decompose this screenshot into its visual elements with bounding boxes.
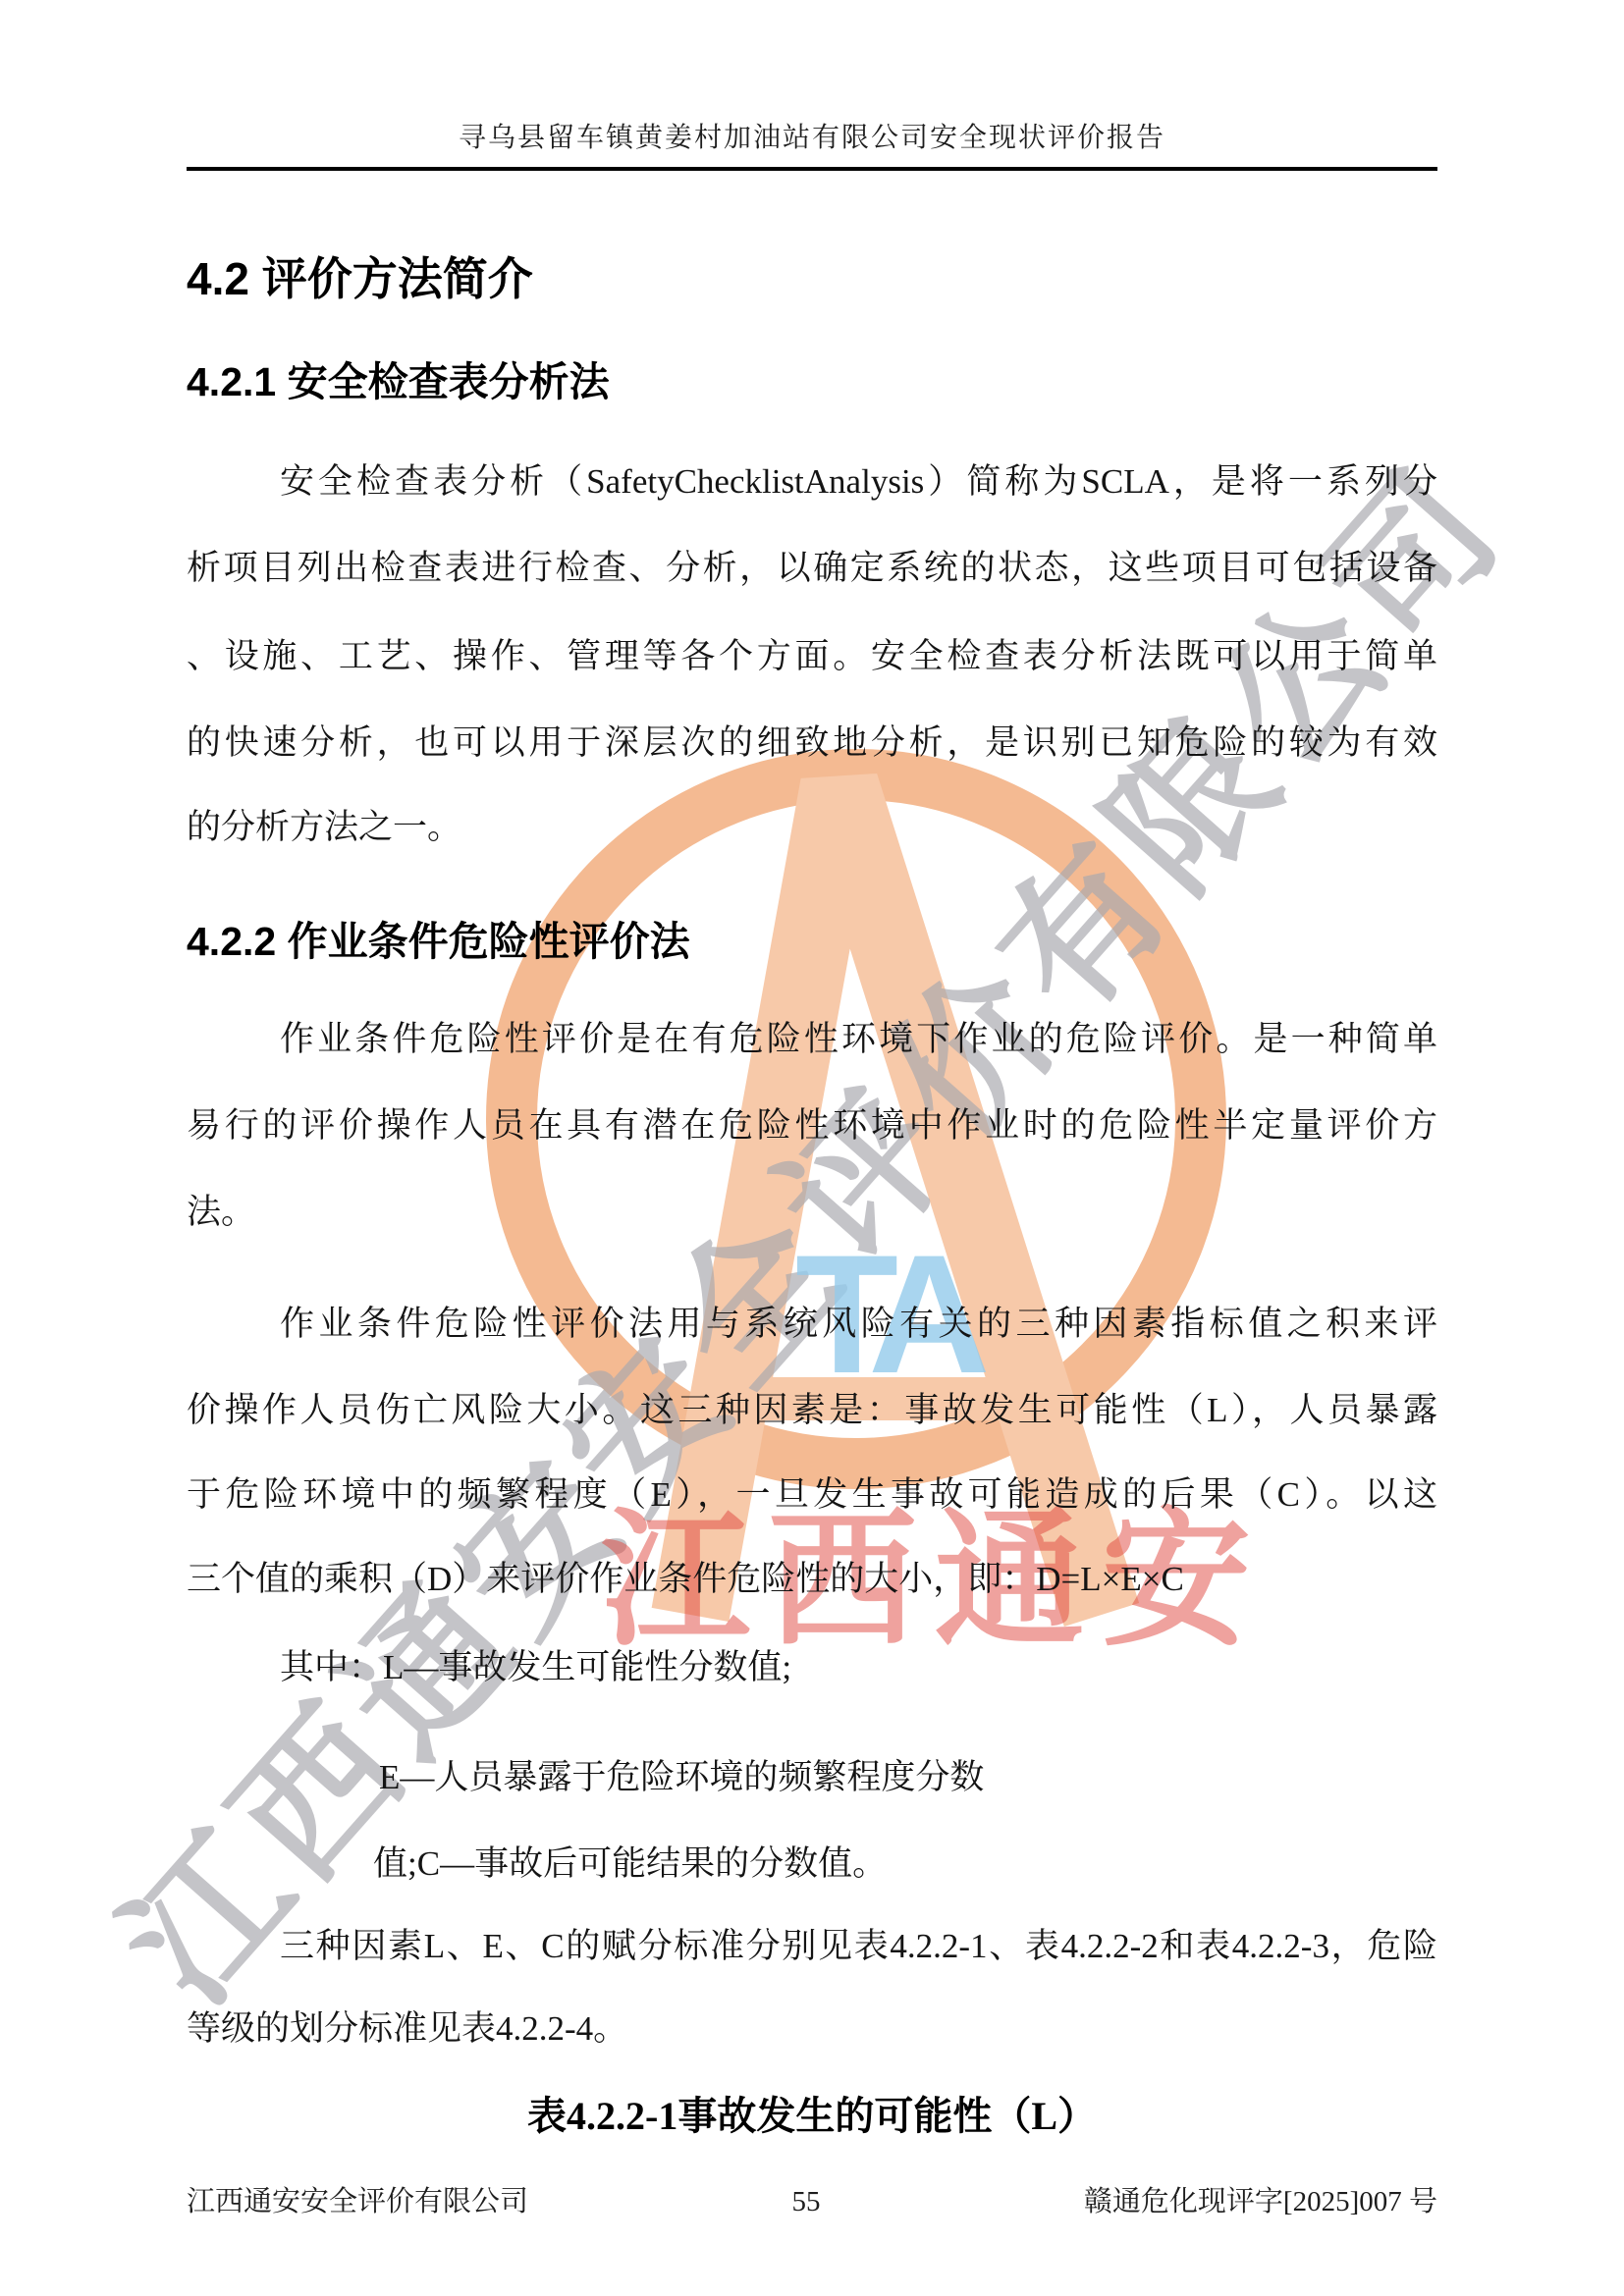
paragraph-lec-factors-line: 价操作人员伤亡风险大小。这三种因素是：事故发生可能性（L），人员暴露 bbox=[187, 1388, 1437, 1433]
definition-line-c: 值;C—事故后可能结果的分数值。 bbox=[373, 1842, 1437, 1887]
paragraph-lec-intro-line: 易行的评价操作人员在具有潜在危险性环境中作业时的危险性半定量评价方 bbox=[187, 1103, 1437, 1148]
header-divider bbox=[187, 167, 1437, 171]
paragraph-scla-line: 的快速分析，也可以用于深层次的细致地分析，是识别已知危险的较为有效 bbox=[187, 721, 1437, 766]
paragraph-tables-ref-line: 等级的划分标准见表4.2.2-4。 bbox=[187, 2006, 1437, 2052]
footer-company-name: 江西通安安全评价有限公司 bbox=[187, 2179, 528, 2219]
definition-line-e: E—人员暴露于危险环境的频繁程度分数 bbox=[379, 1755, 1437, 1800]
paragraph-scla-line: 的分析方法之一。 bbox=[187, 805, 1437, 850]
section-heading-4-2-1: 4.2.1 安全检查表分析法 bbox=[187, 349, 610, 407]
paragraph-tables-ref-line: 三种因素L、E、C的赋分标准分别见表4.2.2-1、表4.2.2-2和表4.2.… bbox=[187, 1924, 1437, 1969]
paragraph-scla-line: 安全检查表分析（SafetyChecklistAnalysis）简称为SCLA，… bbox=[187, 459, 1437, 505]
footer-page-number: 55 bbox=[791, 2186, 820, 2218]
paragraph-scla-line: 析项目列出检查表进行检查、分析，以确定系统的状态，这些项目可包括设备 bbox=[187, 546, 1437, 591]
page-header-title: 寻乌县留车镇黄姜村加油站有限公司安全现状评价报告 bbox=[0, 116, 1624, 155]
paragraph-lec-factors-line: 于危险环境中的频繁程度（E），一旦发生事故可能造成的后果（C）。以这 bbox=[187, 1472, 1437, 1518]
formula-line-d-lec: 三个值的乘积（D）来评价作业条件危险性的大小，即：D=L×E×C bbox=[187, 1557, 1437, 1602]
page-footer: 江西通安安全评价有限公司 55 赣通危化现评字[2025]007 号 bbox=[187, 2179, 1437, 2219]
paragraph-scla-line: 、设施、工艺、操作、管理等各个方面。安全检查表分析法既可以用于简单 bbox=[187, 634, 1437, 679]
paragraph-lec-intro-line: 作业条件危险性评价是在有危险性环境下作业的危险评价。是一种简单 bbox=[187, 1017, 1437, 1062]
paragraph-lec-intro-line: 法。 bbox=[187, 1190, 1437, 1235]
footer-doc-number: 赣通危化现评字[2025]007 号 bbox=[1084, 2179, 1437, 2219]
paragraph-lec-factors-line: 作业条件危险性评价法用与系统风险有关的三种因素指标值之积来评 bbox=[187, 1302, 1437, 1347]
report-page: 寻乌县留车镇黄姜村加油站有限公司安全现状评价报告 4.2 评价方法简介 4.2.… bbox=[0, 0, 1624, 2296]
definition-line-l: 其中：L—事故发生可能性分数值; bbox=[187, 1645, 1437, 1690]
section-heading-4-2: 4.2 评价方法简介 bbox=[187, 243, 533, 308]
section-heading-4-2-2: 4.2.2 作业条件危险性评价法 bbox=[187, 909, 690, 967]
table-caption-4-2-2-1: 表4.2.2-1事故发生的可能性（L） bbox=[0, 2085, 1624, 2141]
